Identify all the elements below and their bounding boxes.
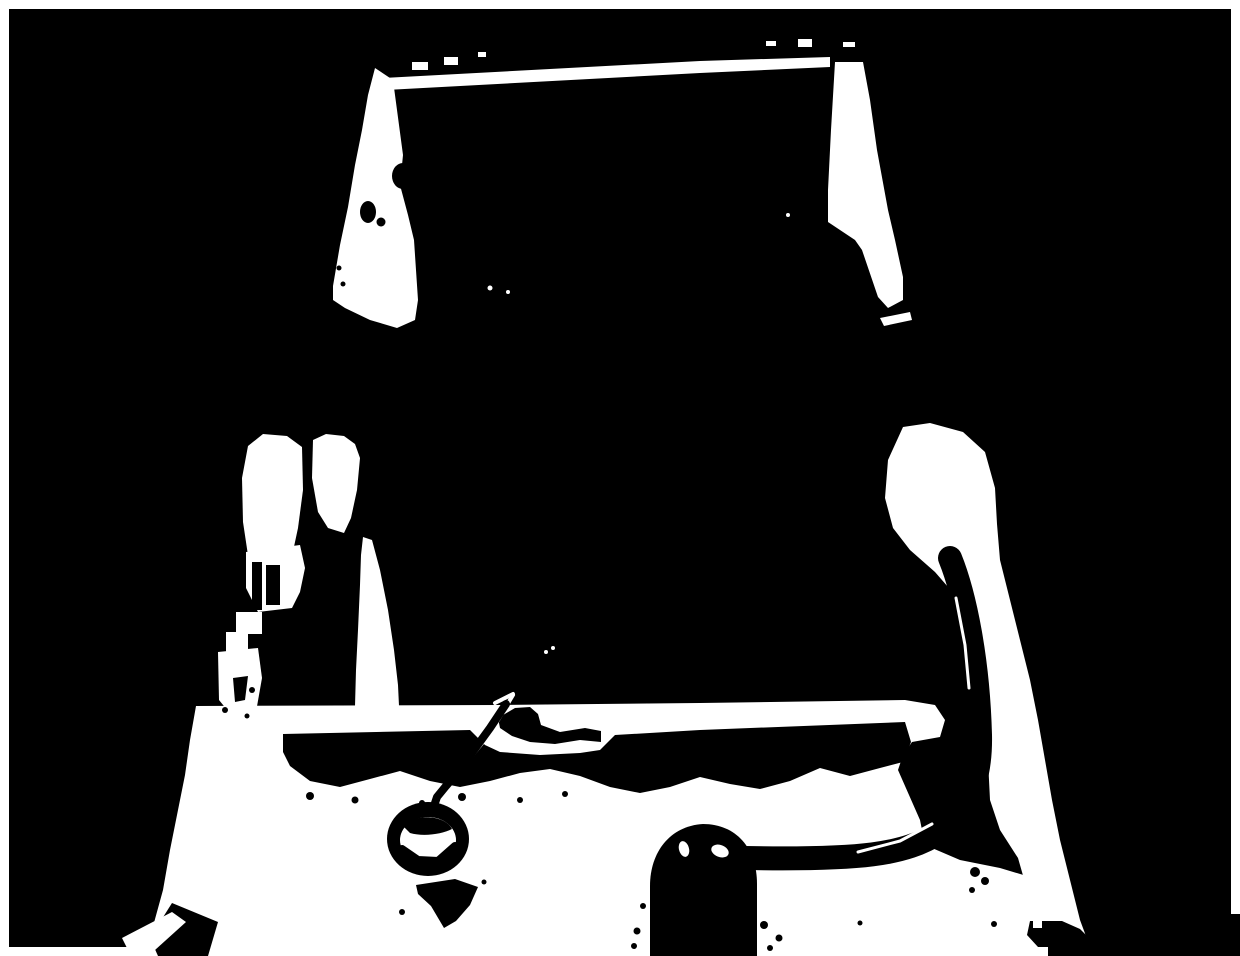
rail-dash-6 — [843, 42, 855, 47]
leg-hole-heart — [360, 201, 376, 223]
fray-dot — [991, 921, 997, 927]
dipstick-dot-2 — [551, 646, 555, 650]
rail-dash-2 — [444, 57, 458, 65]
body-dot — [858, 921, 863, 926]
slot-speck-4 — [517, 797, 523, 803]
frame-left — [0, 0, 9, 956]
texture-chunk-2 — [226, 632, 248, 652]
wedge-dot — [249, 687, 255, 693]
smudge-dot-2 — [482, 880, 487, 885]
leg-dot-1 — [337, 266, 342, 271]
cable-fray-2 — [981, 877, 989, 885]
leg-hole-dot — [377, 218, 386, 227]
rail-dash-1 — [412, 62, 428, 70]
pillar-foot-notch — [1033, 921, 1042, 928]
cable-fray-3 — [969, 887, 975, 893]
shoulder-dot-1 — [222, 707, 228, 713]
knob-speck-left-3 — [631, 943, 637, 949]
knob-dome — [650, 824, 757, 956]
texture-hole-1 — [252, 562, 262, 610]
binarized-machine-photo — [0, 0, 1240, 956]
photo-canvas — [0, 0, 1240, 956]
leg-dot-2 — [341, 282, 346, 287]
knob-speck-left-1 — [640, 903, 646, 909]
frame-top — [0, 0, 1240, 9]
speck-left-leg-2 — [506, 290, 510, 294]
leg-edge-notch — [392, 163, 414, 189]
speck-right-leg — [786, 213, 790, 217]
slot-speck-5 — [562, 791, 568, 797]
knob-speck-right-2 — [776, 935, 783, 942]
slot-speck-1 — [306, 792, 314, 800]
speck-left-leg-1 — [488, 286, 493, 291]
cable-fray-1 — [970, 867, 980, 877]
rail-dash-3 — [478, 52, 486, 57]
frame-right — [1231, 0, 1240, 914]
rail-dash-5 — [798, 39, 812, 47]
texture-chunk-1 — [236, 612, 262, 634]
slot-speck-3 — [458, 793, 466, 801]
knob-speck-right-3 — [767, 945, 773, 951]
rail-dash-4 — [766, 41, 776, 46]
shoulder-dot-2 — [245, 714, 250, 719]
slot-speck-2 — [352, 797, 359, 804]
texture-hole-2 — [266, 565, 280, 605]
dipstick-dot-1 — [544, 650, 548, 654]
knob-speck-left-2 — [634, 928, 641, 935]
smudge-dot-1 — [399, 909, 405, 915]
knob-speck-right-1 — [760, 921, 768, 929]
